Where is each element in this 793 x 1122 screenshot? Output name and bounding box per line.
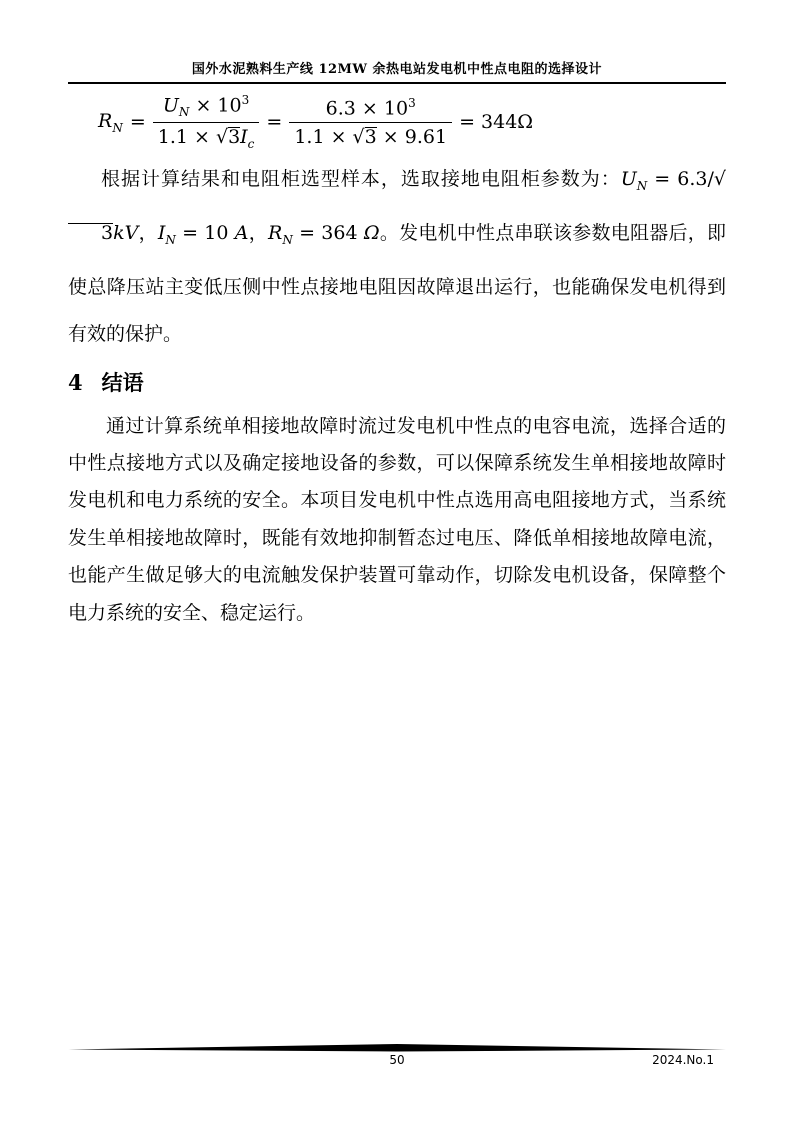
inline-math-rn: RN = 364 Ω [268, 222, 380, 244]
sqrt-sign: √ [216, 126, 228, 148]
equation-block: RN = UN × 103 1.1 × √3Ic = 6.3 × 103 1.1… [98, 96, 726, 148]
document-page: 国外水泥熟料生产线 12MW 余热电站发电机中性点电阻的选择设计 RN = UN… [0, 0, 793, 1122]
fraction-denominator: 1.1 × √3 × 9.61 [289, 123, 452, 148]
inline-math-in: IN = 10 A [158, 222, 249, 244]
fraction-denominator: 1.1 × √3Ic [153, 123, 260, 151]
punctuation: 。 [380, 222, 399, 244]
fraction-numeric: 6.3 × 103 1.1 × √3 × 9.61 [289, 96, 452, 148]
punctuation: ， [249, 222, 268, 244]
paragraph-parameters: 根据计算结果和电阻柜选型样本，选取接地电阻柜参数为：UN = 6.3/√3kV，… [68, 156, 726, 358]
fraction-numerator: 6.3 × 103 [289, 96, 452, 123]
paragraph-lead-text: 根据计算结果和电阻柜选型样本，选取接地电阻柜参数为： [101, 168, 621, 190]
equals-sign: = [266, 111, 282, 133]
paragraph-conclusion: 通过计算系统单相接地故障时流过发电机中性点的电容电流，选择合适的中性点接地方式以… [68, 408, 726, 632]
page-footer: 50 2024.No.1 [68, 1044, 726, 1071]
section-heading-conclusion: 4结语 [68, 367, 726, 397]
section-title: 结语 [102, 370, 144, 395]
equation-lhs: RN [98, 110, 123, 135]
sqrt-sign: √ [353, 126, 365, 148]
footer-tapered-rule [68, 1044, 726, 1052]
sqrt-sign: √ [714, 168, 726, 190]
issue-label: 2024.No.1 [652, 1053, 714, 1067]
page-header: 国外水泥熟料生产线 12MW 余热电站发电机中性点电阻的选择设计 [68, 0, 726, 84]
equation-result: = 344Ω [459, 111, 533, 133]
equals-sign: = [130, 111, 146, 133]
punctuation: ， [138, 222, 157, 244]
page-number: 50 [389, 1053, 404, 1067]
fraction-symbolic: UN × 103 1.1 × √3Ic [153, 93, 260, 151]
fraction-numerator: UN × 103 [153, 93, 260, 123]
footer-row: 50 2024.No.1 [68, 1053, 726, 1071]
section-number: 4 [68, 370, 83, 395]
page-content: 国外水泥熟料生产线 12MW 余热电站发电机中性点电阻的选择设计 RN = UN… [68, 0, 726, 632]
running-head-title: 国外水泥熟料生产线 12MW 余热电站发电机中性点电阻的选择设计 [68, 58, 726, 77]
